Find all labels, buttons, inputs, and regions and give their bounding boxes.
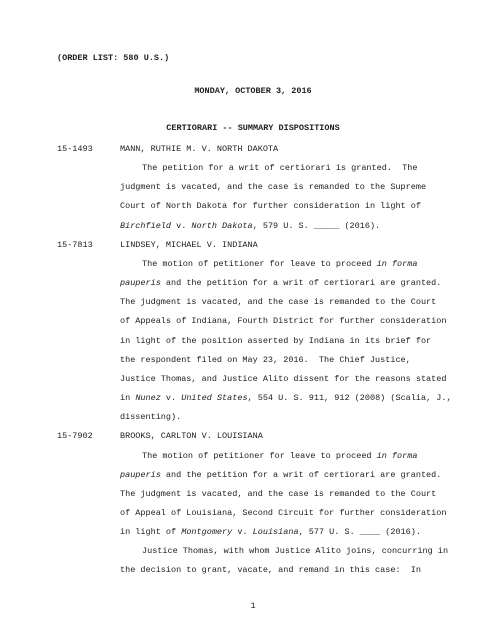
- text-segment: of Appeals of Indiana, Fourth District f…: [120, 316, 446, 326]
- text-segment: The petition for a writ of certiorari is…: [142, 163, 417, 173]
- text-line: the respondent filed on May 23, 2016. Th…: [0, 351, 495, 370]
- case-number: 15-7902: [57, 427, 120, 446]
- text-segment: Justice Thomas, with whom Justice Alito …: [142, 546, 448, 556]
- italic-citation: Montgomery: [181, 527, 232, 537]
- text-line: Justice Thomas, with whom Justice Alito …: [0, 542, 495, 561]
- italic-citation: pauperis: [120, 278, 161, 288]
- case-row: 15-7902BROOKS, CARLTON V. LOUISIANA: [0, 427, 495, 446]
- text-segment: in light of the position asserted by Ind…: [120, 336, 431, 346]
- text-segment: and the petition for a writ of certiorar…: [161, 278, 442, 288]
- text-line: The judgment is vacated, and the case is…: [0, 485, 495, 504]
- text-segment: , 554 U. S. 911, 912 (2008) (Scalia, J.,: [248, 393, 452, 403]
- case-row: 15-1493MANN, RUTHIE M. V. NORTH DAKOTA: [0, 140, 495, 159]
- text-line: in light of the position asserted by Ind…: [0, 332, 495, 351]
- text-segment: v.: [232, 527, 252, 537]
- text-segment: v.: [171, 221, 191, 231]
- italic-citation: in forma: [377, 259, 418, 269]
- date-heading: MONDAY, OCTOBER 3, 2016: [11, 86, 495, 96]
- case-title: LINDSEY, MICHAEL V. INDIANA: [120, 240, 258, 250]
- case-number: 15-1493: [57, 140, 120, 159]
- document-body: 15-1493MANN, RUTHIE M. V. NORTH DAKOTATh…: [0, 140, 495, 581]
- section-heading: CERTIORARI -- SUMMARY DISPOSITIONS: [11, 123, 495, 133]
- case-title: MANN, RUTHIE M. V. NORTH DAKOTA: [120, 144, 278, 154]
- page-number: 1: [11, 601, 495, 611]
- italic-citation: in forma: [377, 451, 418, 461]
- text-line: The motion of petitioner for leave to pr…: [0, 255, 495, 274]
- text-line: Birchfield v. North Dakota, 579 U. S. __…: [0, 217, 495, 236]
- text-segment: of Appeal of Louisiana, Second Circuit f…: [120, 508, 446, 518]
- text-segment: The motion of petitioner for leave to pr…: [142, 451, 377, 461]
- text-segment: Justice Thomas, and Justice Alito dissen…: [120, 374, 446, 384]
- text-line: the decision to grant, vacate, and reman…: [0, 561, 495, 580]
- text-segment: , 577 U. S. ____ (2016).: [299, 527, 421, 537]
- case-row: 15-7813LINDSEY, MICHAEL V. INDIANA: [0, 236, 495, 255]
- italic-citation: Louisiana: [253, 527, 299, 537]
- italic-citation: Nunez: [135, 393, 161, 403]
- italic-citation: North Dakota: [191, 221, 252, 231]
- text-line: in light of Montgomery v. Louisiana, 577…: [0, 523, 495, 542]
- text-segment: judgment is vacated, and the case is rem…: [120, 182, 426, 192]
- text-line: Court of North Dakota for further consid…: [0, 197, 495, 216]
- text-segment: The motion of petitioner for leave to pr…: [142, 259, 377, 269]
- text-line: The judgment is vacated, and the case is…: [0, 293, 495, 312]
- order-list-label: (ORDER LIST: 580 U.S.): [57, 53, 169, 63]
- text-segment: Court of North Dakota for further consid…: [120, 201, 421, 211]
- case-title: BROOKS, CARLTON V. LOUISIANA: [120, 431, 263, 441]
- text-segment: and the petition for a writ of certiorar…: [161, 470, 442, 480]
- text-line: judgment is vacated, and the case is rem…: [0, 178, 495, 197]
- italic-citation: United States: [181, 393, 247, 403]
- text-line: dissenting).: [0, 408, 495, 427]
- text-segment: the decision to grant, vacate, and reman…: [120, 565, 421, 575]
- text-segment: in light of: [120, 527, 181, 537]
- text-segment: The judgment is vacated, and the case is…: [120, 489, 436, 499]
- text-segment: dissenting).: [120, 412, 181, 422]
- text-segment: The judgment is vacated, and the case is…: [120, 297, 436, 307]
- italic-citation: pauperis: [120, 470, 161, 480]
- text-segment: the respondent filed on May 23, 2016. Th…: [120, 355, 411, 365]
- italic-citation: Birchfield: [120, 221, 171, 231]
- case-number: 15-7813: [57, 236, 120, 255]
- text-line: The petition for a writ of certiorari is…: [0, 159, 495, 178]
- text-line: The motion of petitioner for leave to pr…: [0, 447, 495, 466]
- text-line: pauperis and the petition for a writ of …: [0, 274, 495, 293]
- text-segment: , 579 U. S. _____ (2016).: [253, 221, 381, 231]
- text-line: pauperis and the petition for a writ of …: [0, 466, 495, 485]
- text-segment: in: [120, 393, 135, 403]
- text-line: Justice Thomas, and Justice Alito dissen…: [0, 370, 495, 389]
- text-segment: v.: [161, 393, 181, 403]
- document-page: (ORDER LIST: 580 U.S.) MONDAY, OCTOBER 3…: [0, 0, 495, 640]
- text-line: of Appeals of Indiana, Fourth District f…: [0, 312, 495, 331]
- text-line: of Appeal of Louisiana, Second Circuit f…: [0, 504, 495, 523]
- text-line: in Nunez v. United States, 554 U. S. 911…: [0, 389, 495, 408]
